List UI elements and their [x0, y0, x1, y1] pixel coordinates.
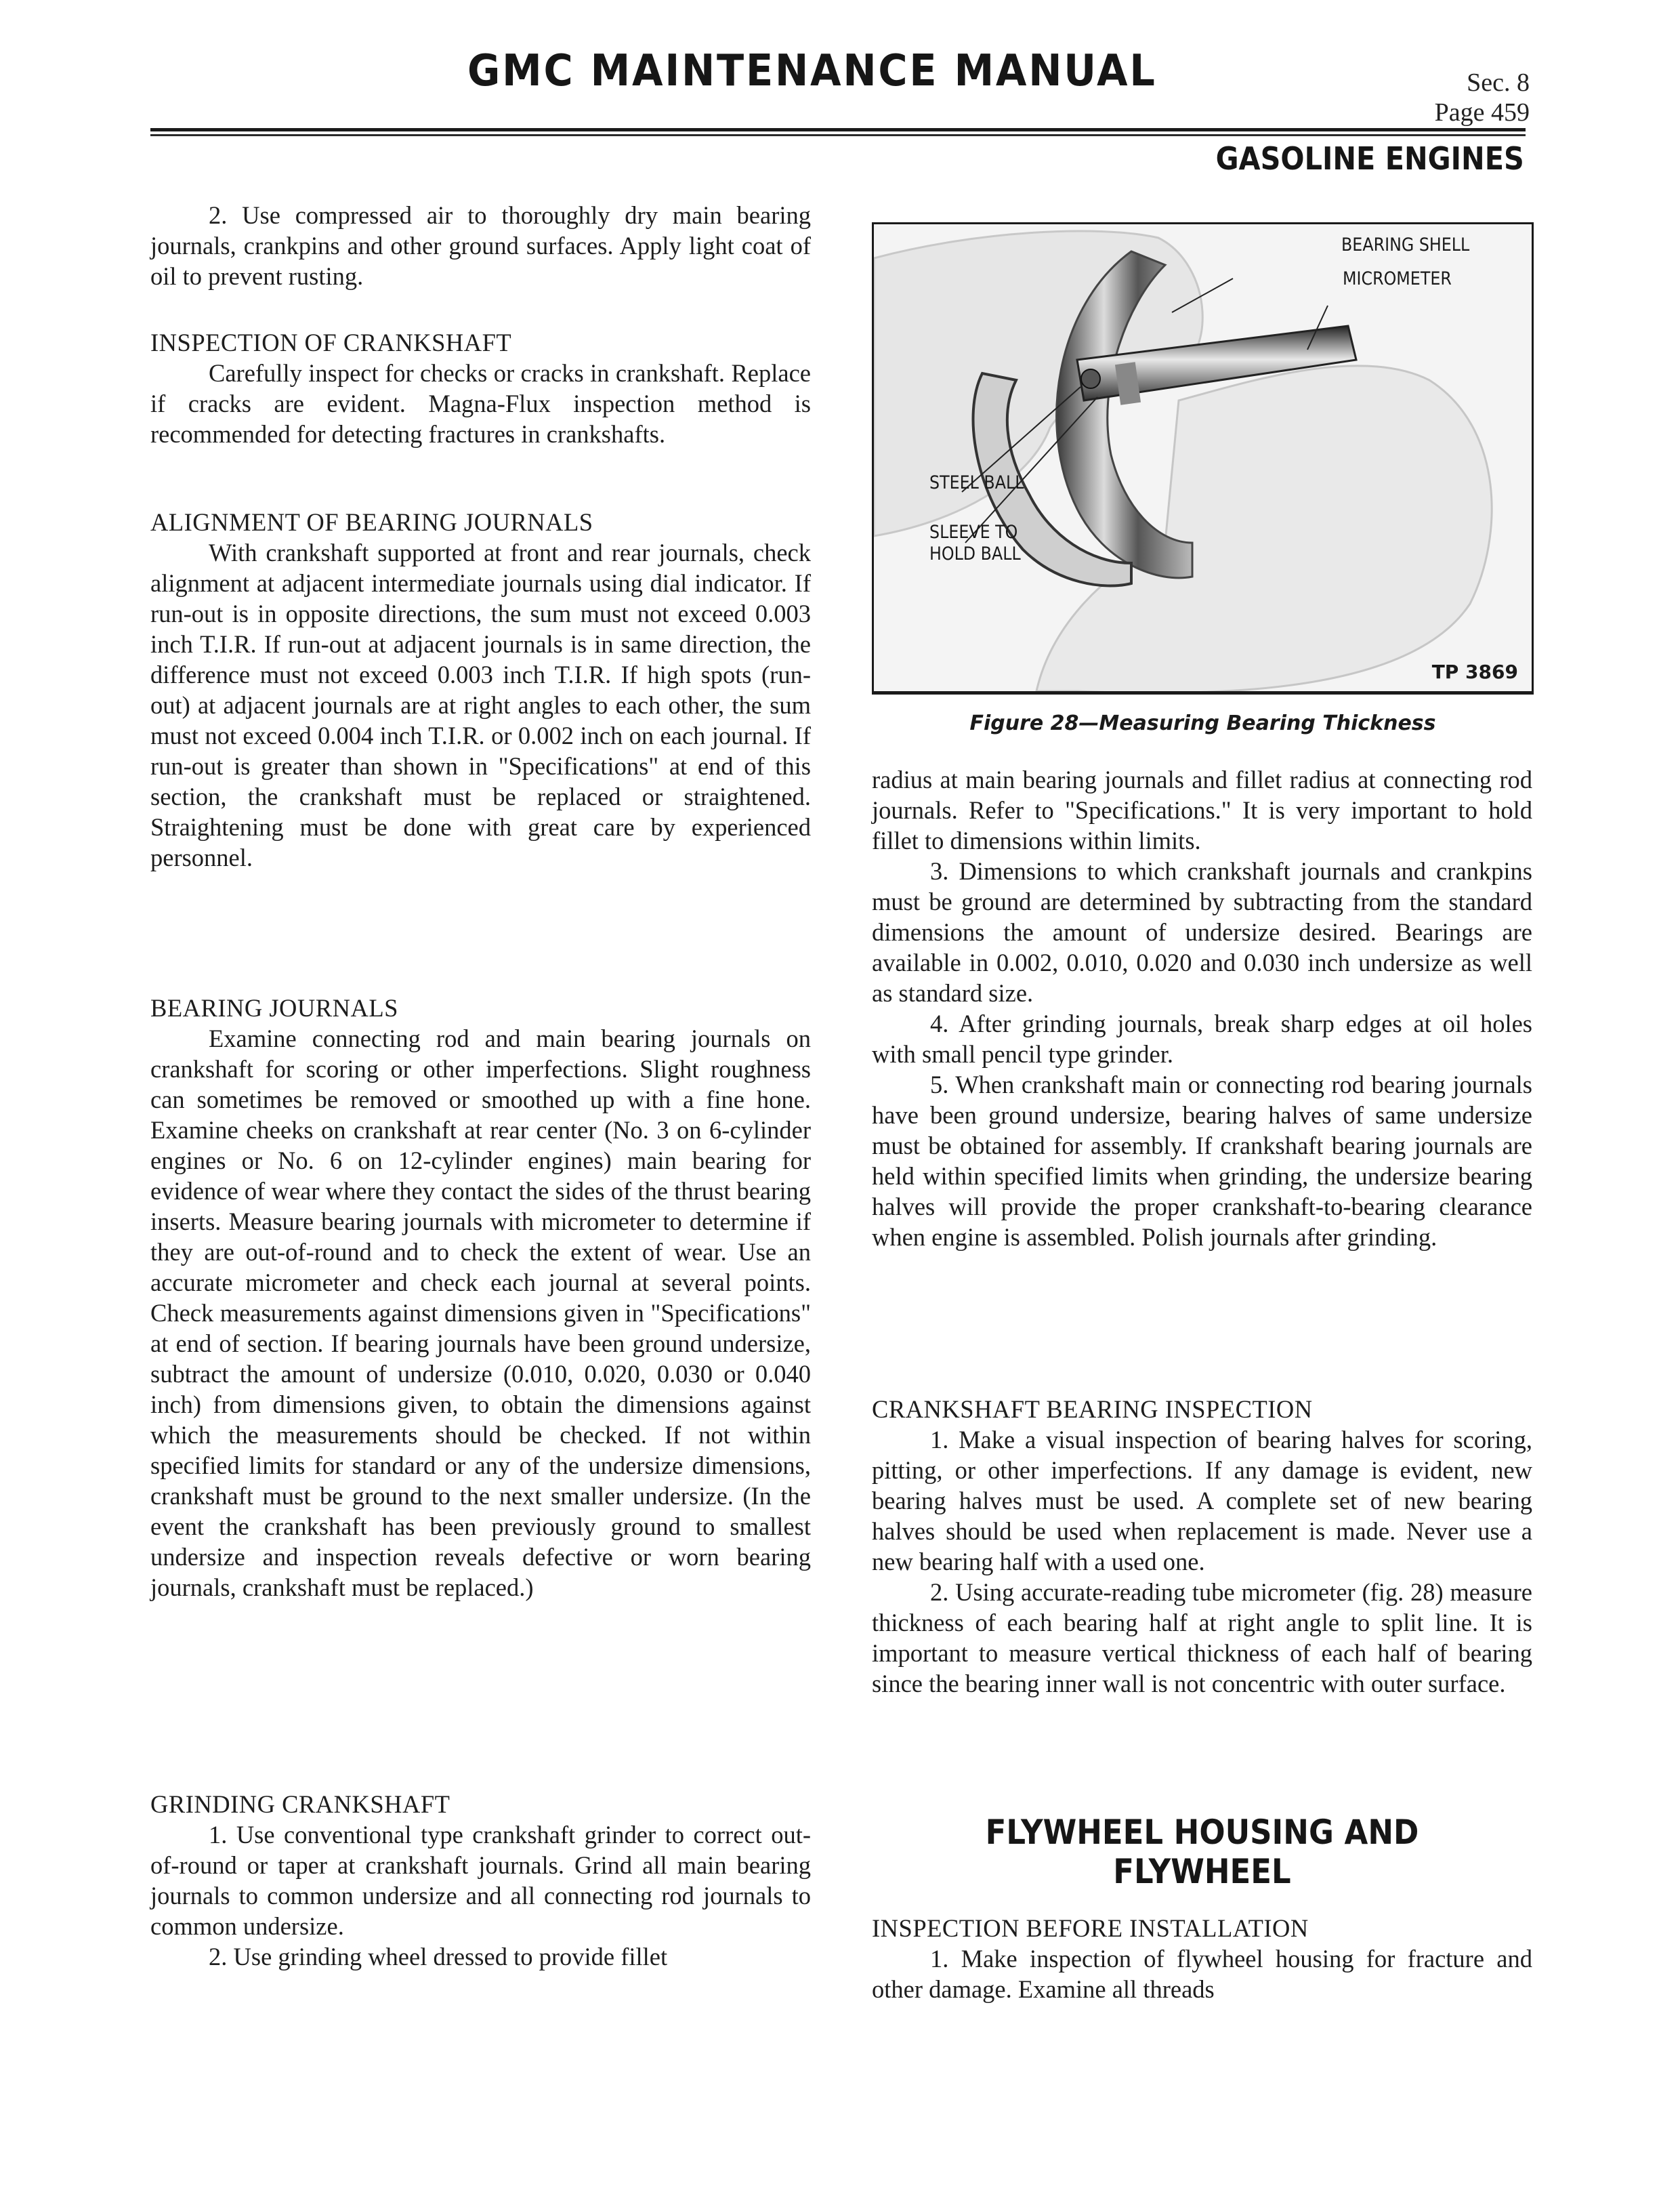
major-heading-line: FLYWHEEL	[905, 1852, 1500, 1891]
list-item: 5. When crankshaft main or connecting ro…	[872, 1069, 1532, 1252]
list-item: 4. After grinding journals, break sharp …	[872, 1008, 1532, 1069]
grinding-continued-block: radius at main bearing journals and fill…	[872, 764, 1532, 1252]
label-micrometer: MICROMETER	[1343, 268, 1452, 290]
intro-block: 2. Use compressed air to thoroughly dry …	[150, 200, 811, 291]
paragraph: Carefully inspect for checks or cracks i…	[150, 358, 811, 449]
paragraph: Examine connecting rod and main bearing …	[150, 1023, 811, 1603]
paragraph: 2. Use grinding wheel dressed to provide…	[150, 1941, 811, 1972]
list-item: 3. Dimensions to which crankshaft journa…	[872, 856, 1532, 1008]
section-heading: INSPECTION BEFORE INSTALLATION	[872, 1913, 1532, 1943]
section-heading: BEARING JOURNALS	[150, 993, 811, 1023]
paragraph: 2. Use compressed air to thoroughly dry …	[150, 200, 811, 291]
chapter-subtitle: GASOLINE ENGINES	[1216, 140, 1524, 177]
section-inspection-before-installation: INSPECTION BEFORE INSTALLATION 1. Make i…	[872, 1913, 1532, 2004]
plate-number: TP 3869	[1432, 661, 1518, 683]
label-bearing-shell: BEARING SHELL	[1341, 234, 1469, 256]
page-locator: Sec. 8 Page 459	[1435, 68, 1530, 127]
section-heading: GRINDING CRANKSHAFT	[150, 1789, 811, 1819]
paragraph: 1. Make a visual inspection of bearing h…	[872, 1424, 1532, 1577]
major-heading-flywheel: FLYWHEEL HOUSING AND FLYWHEEL	[872, 1813, 1532, 1891]
micrometer-bearing-illustration	[874, 224, 1532, 691]
section-inspection-of-crankshaft: INSPECTION OF CRANKSHAFT Carefully inspe…	[150, 327, 811, 449]
section-number: Sec. 8	[1435, 68, 1530, 98]
section-heading: INSPECTION OF CRANKSHAFT	[150, 327, 811, 358]
paragraph: 1. Use conventional type crankshaft grin…	[150, 1819, 811, 1941]
header-rule-thin	[150, 134, 1526, 136]
manual-title: GMC MAINTENANCE MANUAL	[467, 46, 1141, 96]
paragraph: With crankshaft supported at front and r…	[150, 537, 811, 873]
label-hold-ball: HOLD BALL	[929, 543, 1021, 565]
section-heading: CRANKSHAFT BEARING INSPECTION	[872, 1394, 1532, 1424]
label-steel-ball: STEEL BALL	[929, 472, 1024, 494]
section-heading: ALIGNMENT OF BEARING JOURNALS	[150, 507, 811, 537]
paragraph: 2. Using accurate-reading tube micromete…	[872, 1577, 1532, 1699]
section-crankshaft-bearing-inspection: CRANKSHAFT BEARING INSPECTION 1. Make a …	[872, 1394, 1532, 1699]
paragraph: 1. Make inspection of flywheel housing f…	[872, 1943, 1532, 2004]
section-alignment-of-bearing-journals: ALIGNMENT OF BEARING JOURNALS With crank…	[150, 507, 811, 873]
label-sleeve-to: SLEEVE TO	[929, 521, 1017, 543]
major-heading-line: FLYWHEEL HOUSING AND	[905, 1813, 1500, 1852]
figure-caption: Figure 28—Measuring Bearing Thickness	[872, 711, 1534, 735]
paragraph: radius at main bearing journals and fill…	[872, 764, 1532, 856]
section-grinding-crankshaft: GRINDING CRANKSHAFT 1. Use conventional …	[150, 1789, 811, 1972]
figure-28-photo: BEARING SHELL MICROMETER STEEL BALL SLEE…	[872, 222, 1534, 695]
header-rule-thick	[150, 128, 1526, 131]
section-bearing-journals: BEARING JOURNALS Examine connecting rod …	[150, 993, 811, 1603]
page-number: Page 459	[1435, 98, 1530, 127]
manual-page: GMC MAINTENANCE MANUAL Sec. 8 Page 459 G…	[0, 0, 1680, 2188]
